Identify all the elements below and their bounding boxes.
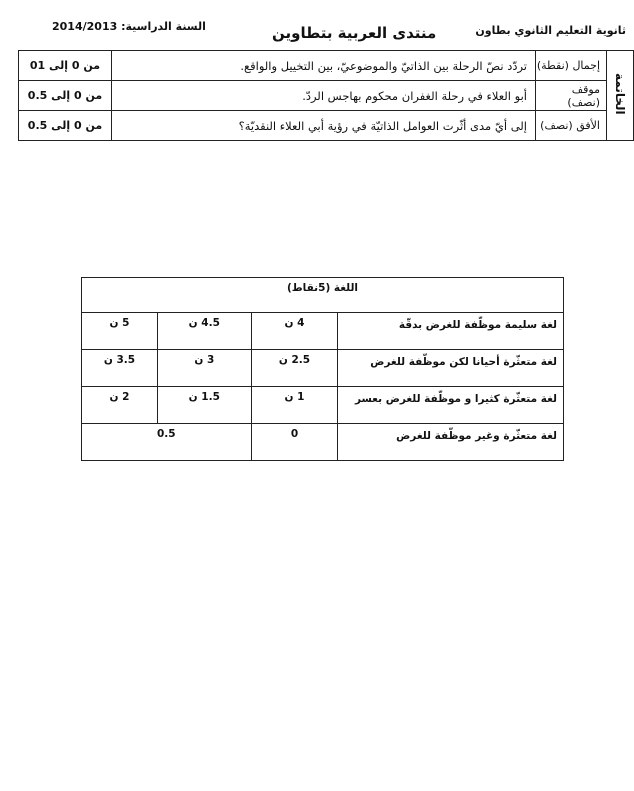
table-row: لغة متعثّرة أحيانا لكن موظّفة للغرض 2.5 …: [82, 350, 564, 387]
description-cell: إلى أيّ مدى أثّرت العوامل الذاتيّة في رؤ…: [112, 111, 536, 141]
description-cell: تردّد نصّ الرحلة بين الذاتيّ والموضوعيّ،…: [112, 51, 536, 81]
score-cell: من 0 إلى 0.5: [19, 111, 112, 141]
table-row: لغة متعثّرة كثيرا و موظّفة للغرض بعسر 1 …: [82, 387, 564, 424]
value-cell: 1 ن: [251, 387, 338, 424]
value-cell: 3 ن: [157, 350, 251, 387]
value-cell: 2 ن: [82, 387, 158, 424]
value-cell: 0: [251, 424, 338, 461]
value-cell: 2.5 ن: [251, 350, 338, 387]
score-cell: من 0 إلى 0.5: [19, 81, 112, 111]
page-title: منتدى العربية بتطاوين: [272, 24, 436, 42]
value-cell: 1.5 ن: [157, 387, 251, 424]
criterion-cell: موقف (نصف): [536, 81, 607, 111]
row-label: لغة متعثّرة أحيانا لكن موظّفة للغرض: [338, 350, 564, 387]
value-cell: 0.5: [82, 424, 252, 461]
value-cell: 4 ن: [251, 313, 338, 350]
section-label-cell: الخاتمة: [607, 51, 634, 141]
row-label: لغة سليمة موظّفة للغرض بدقّة: [338, 313, 564, 350]
language-rubric-table: اللغة (5نقاط) لغة سليمة موظّفة للغرض بدق…: [81, 277, 564, 461]
table-title: اللغة (5نقاط): [82, 278, 564, 313]
value-cell: 4.5 ن: [157, 313, 251, 350]
section-label: الخاتمة: [613, 73, 627, 115]
description-cell: أبو العلاء في رحلة الغفران محكوم بهاجس ا…: [112, 81, 536, 111]
row-label: لغة متعثّرة كثيرا و موظّفة للغرض بعسر: [338, 387, 564, 424]
criterion-cell: إجمال (نقطة): [536, 51, 607, 81]
table-row: موقف (نصف) أبو العلاء في رحلة الغفران مح…: [19, 81, 634, 111]
table-row: الأفق (نصف) إلى أيّ مدى أثّرت العوامل ال…: [19, 111, 634, 141]
school-year: السنة الدراسية: 2014/2013: [52, 20, 206, 33]
row-label: لغة متعثّرة وغير موظّفة للغرض: [338, 424, 564, 461]
score-cell: من 0 إلى 01: [19, 51, 112, 81]
table-row: لغة متعثّرة وغير موظّفة للغرض 0 0.5: [82, 424, 564, 461]
table-row: الخاتمة إجمال (نقطة) تردّد نصّ الرحلة بي…: [19, 51, 634, 81]
conclusion-rubric-table: الخاتمة إجمال (نقطة) تردّد نصّ الرحلة بي…: [18, 50, 634, 141]
criterion-cell: الأفق (نصف): [536, 111, 607, 141]
value-cell: 3.5 ن: [82, 350, 158, 387]
table-row: لغة سليمة موظّفة للغرض بدقّة 4 ن 4.5 ن 5…: [82, 313, 564, 350]
school-name: ثانوية التعليم الثانوي بطاون: [475, 24, 626, 37]
table-title-row: اللغة (5نقاط): [82, 278, 564, 313]
value-cell: 5 ن: [82, 313, 158, 350]
